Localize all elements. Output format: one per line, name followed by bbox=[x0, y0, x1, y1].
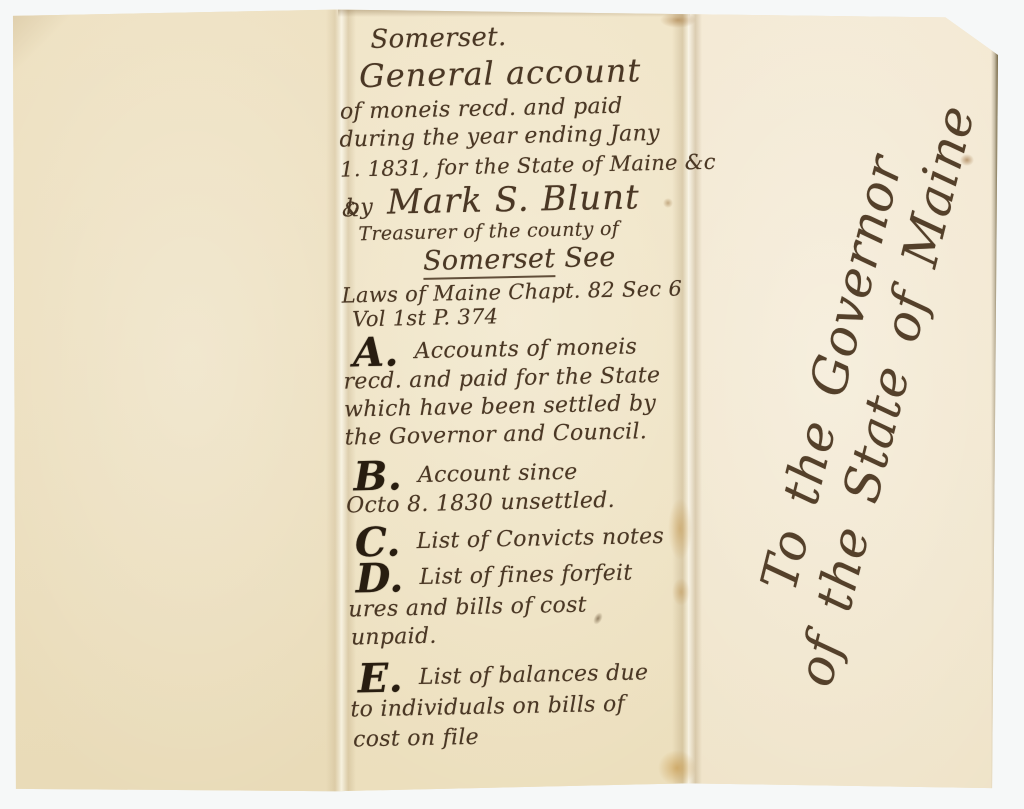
section-e-text: List of balances due bbox=[419, 660, 649, 690]
line-intro-2: during the year ending Jany bbox=[339, 121, 660, 153]
section-a-letter: A. bbox=[353, 332, 399, 373]
county-suffix: See bbox=[564, 242, 616, 274]
manuscript-text-block: Somerset. General account of moneis recd… bbox=[332, 4, 696, 795]
section-d-letter: D. bbox=[355, 558, 404, 599]
county-name: Somerset bbox=[423, 243, 556, 280]
paper-panel-left bbox=[8, 8, 340, 792]
section-a-line-3: which have been settled by bbox=[344, 391, 656, 423]
line-heading: General account bbox=[359, 51, 642, 95]
line-top-label: Somerset. bbox=[370, 22, 507, 55]
treasurer-name: Mark S. Blunt bbox=[387, 177, 641, 222]
section-a-line-4: the Governor and Council. bbox=[344, 419, 647, 450]
line-intro-3: 1. 1831, for the State of Maine &c bbox=[340, 150, 716, 182]
section-b-text: Account since bbox=[418, 460, 578, 488]
section-e-line-3: cost on file bbox=[353, 725, 479, 753]
line-by-name: & byMark S. Blunt bbox=[345, 177, 640, 223]
section-a-line-2: recd. and paid for the State bbox=[343, 363, 660, 395]
section-d-first-line: D.List of fines forfeit bbox=[355, 554, 633, 600]
section-e-line-2: to individuals on bills of bbox=[350, 692, 625, 723]
corner-crease bbox=[8, 8, 88, 88]
section-d-line-3: unpaid. bbox=[351, 624, 437, 651]
line-law-ref-2: Vol 1st P. 374 bbox=[352, 304, 499, 331]
margin-ampersand-mark: & bbox=[342, 197, 361, 221]
page-stack-edge bbox=[991, 46, 1000, 792]
line-law-ref-1: Laws of Maine Chapt. 82 Sec 6 bbox=[342, 276, 683, 307]
section-d-text: List of fines forfeit bbox=[419, 561, 633, 590]
section-c-text: List of Convicts notes bbox=[416, 524, 664, 554]
section-a-text: Accounts of moneis bbox=[414, 334, 637, 364]
section-b-line-2: Octo 8. 1830 unsettled. bbox=[346, 488, 615, 519]
manuscript-paper: Somerset. General account of moneis recd… bbox=[8, 8, 1000, 792]
section-d-line-2: ures and bills of cost bbox=[348, 593, 587, 623]
line-treasurer-title: Treasurer of the county of bbox=[358, 218, 619, 245]
line-intro-1: of moneis recd. and paid bbox=[340, 94, 623, 125]
section-e-letter: E. bbox=[357, 658, 403, 699]
scanned-document-background: { "page": { "top_label": "Somerset.", "h… bbox=[0, 0, 1024, 809]
line-county: Somerset See bbox=[423, 242, 616, 277]
section-b-letter: B. bbox=[353, 456, 402, 497]
